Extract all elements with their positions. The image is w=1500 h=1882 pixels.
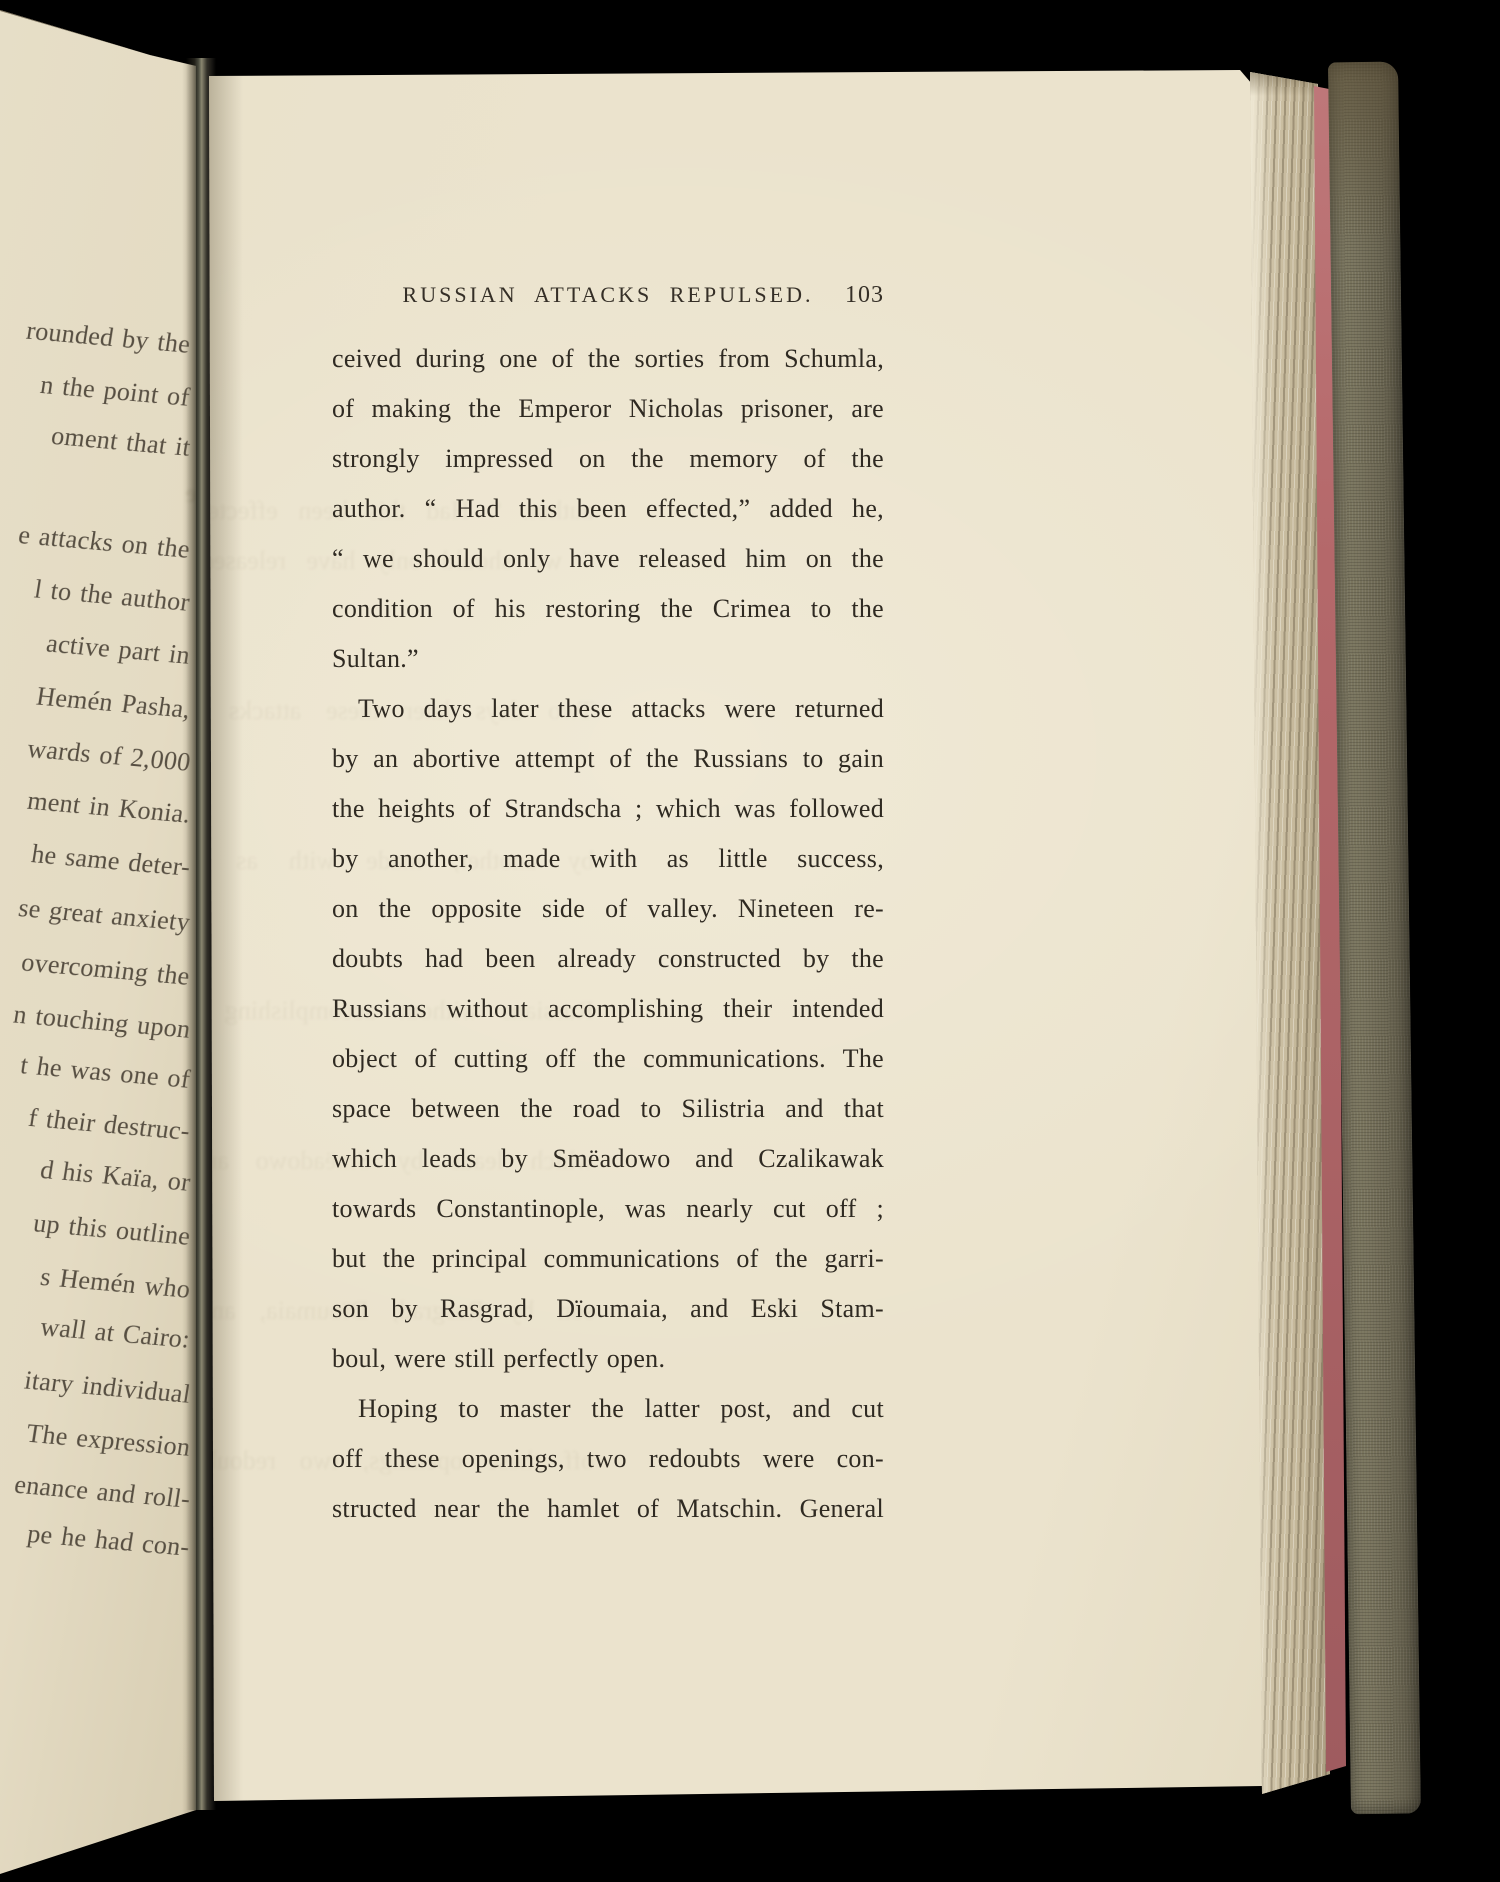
body-text-line: by an abortive attempt of the Russians t… (332, 734, 884, 784)
body-text-line: off these openings, two redoubts were co… (332, 1434, 884, 1484)
page-body: ceived during one of the sorties from Sc… (332, 0, 884, 1882)
body-text-line: “ we should only have released him on th… (332, 534, 884, 584)
body-text-line: Two days later these attacks were return… (332, 684, 884, 734)
body-text-line: boul, were still perfectly open. (332, 1334, 884, 1384)
body-text-line: which leads by Smëadowo and Czalikawak (332, 1134, 884, 1184)
body-text-line: by another, made with as little success, (332, 834, 884, 884)
body-text-line: author. “ Had this been effected,” added… (332, 484, 884, 534)
body-text-line: space between the road to Silistria and … (332, 1084, 884, 1134)
body-text-line: but the principal communications of the … (332, 1234, 884, 1284)
body-text-line: strongly impressed on the memory of the (332, 434, 884, 484)
left-page-text-line: oment that it (47, 410, 194, 474)
body-text-line: structed near the hamlet of Matschin. Ge… (332, 1484, 884, 1534)
body-text-line: on the opposite side of valley. Nineteen… (332, 884, 884, 934)
body-text-line: Hoping to master the latter post, and cu… (332, 1384, 884, 1434)
body-text-line: Russians without accomplishing their int… (332, 984, 884, 1034)
body-text-line: condition of his restoring the Crimea to… (332, 584, 884, 634)
body-text-line: the heights of Strandscha ; which was fo… (332, 784, 884, 834)
body-text-line: of making the Emperor Nicholas prisoner,… (332, 384, 884, 434)
body-text-line: doubts had been already constructed by t… (332, 934, 884, 984)
body-text-line: object of cutting off the communications… (332, 1034, 884, 1084)
body-text-line: Sultan.” (332, 634, 884, 684)
body-text-line: son by Rasgrad, Dïoumaia, and Eski Stam- (332, 1284, 884, 1334)
left-page: rounded by then the point ofoment that i… (0, 0, 196, 1882)
left-page-top-edge (0, 0, 196, 80)
body-text-line: ceived during one of the sorties from Sc… (332, 334, 884, 384)
book-photo: rounded by then the point ofoment that i… (0, 0, 1500, 1882)
body-text-line: towards Constantinople, was nearly cut o… (332, 1184, 884, 1234)
